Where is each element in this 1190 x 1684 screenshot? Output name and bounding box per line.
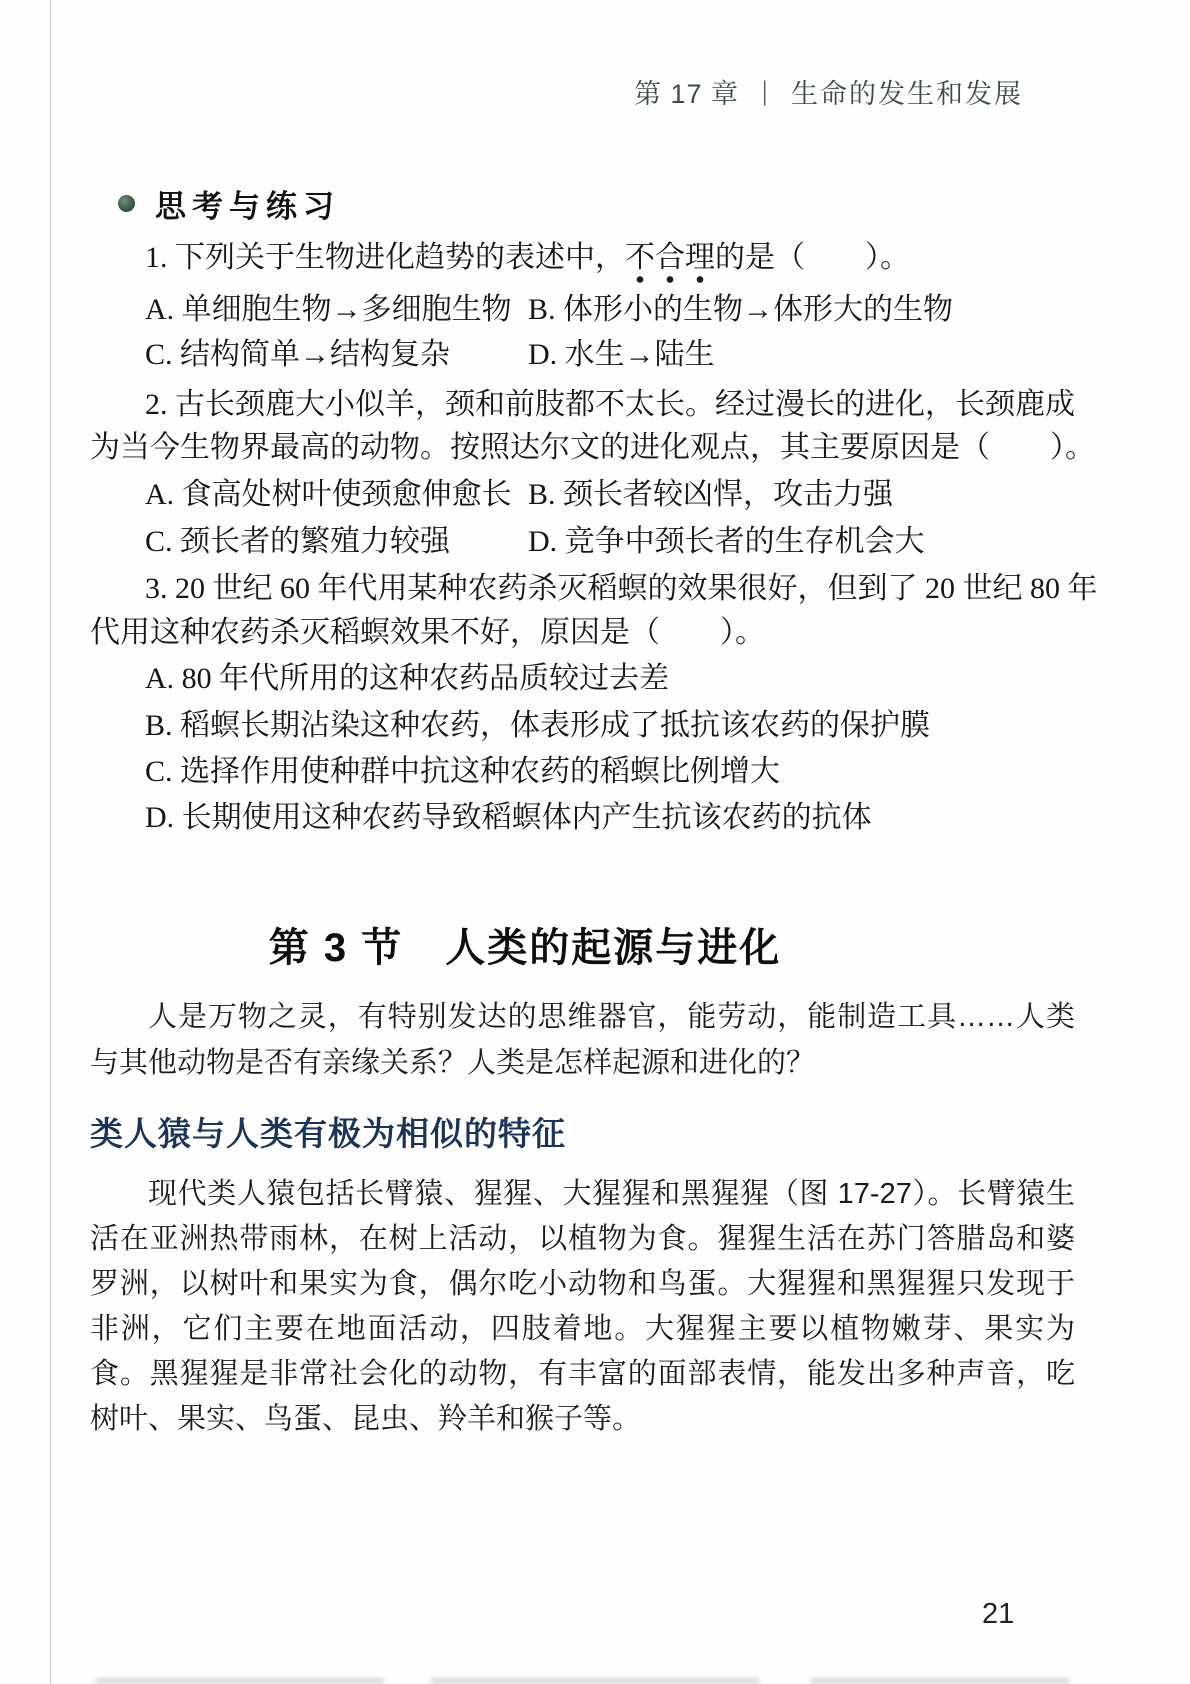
exercises-heading: 思考与练习 [155, 181, 340, 226]
question-3-stem-line-1: 3. 20 世纪 60 年代用某种农药杀灭稻螟的效果很好，但到了 20 世纪 8… [90, 571, 1160, 607]
question-2-option-b: B. 颈长者较凶悍，攻击力强 [528, 477, 1105, 513]
exercises-heading-row: 思考与练习 [118, 181, 340, 226]
scan-smudge-artifact [95, 1678, 385, 1684]
subsection-heading: 类人猿与人类有极为相似的特征 [90, 1108, 566, 1155]
textbook-page: 第 17 章 | 生命的发生和发展 思考与练习 1. 下列关于生物进化趋势的表述… [0, 0, 1190, 1684]
question-2-stem-line-1: 2. 古长颈鹿大小似羊，颈和前肢都不太长。经过漫长的进化，长颈鹿成 [90, 387, 1160, 423]
subsection-paragraph: 现代类人猿包括长臂猿、猩猩、大猩猩和黑猩猩（图 17-27）。长臂猿生活在亚洲热… [90, 1172, 1075, 1442]
question-1-option-b: B. 体形小的生物→体形大的生物 [528, 292, 1105, 328]
question-1-options-row-1: A. 单细胞生物→多细胞生物 B. 体形小的生物→体形大的生物 [145, 292, 1105, 328]
chapter-title: 生命的发生和发展 [791, 72, 1023, 111]
question-2-option-a: A. 食高处树叶使颈愈伸愈长 [145, 477, 528, 513]
question-3-option-b: B. 稻螟长期沾染这种农药，体表形成了抵抗该农药的保护膜 [90, 708, 1160, 744]
question-3-option-d: D. 长期使用这种农药导致稻螟体内产生抗该农药的抗体 [90, 800, 1160, 836]
section-bullet-icon [118, 195, 135, 212]
page-number: 21 [982, 1598, 1014, 1631]
question-3-option-c: C. 选择作用使种群中抗这种农药的稻螟比例增大 [90, 754, 1160, 790]
question-1-stem: 1. 下列关于生物进化趋势的表述中，不合理的是（ ）。 [90, 240, 1160, 276]
page-left-rule [50, 0, 51, 1684]
question-2-options-row-2: C. 颈长者的繁殖力较强 D. 竞争中颈长者的生存机会大 [145, 524, 1105, 560]
question-1-emphasized-text: 不合理 [625, 241, 715, 284]
section-title: 第 3 节 人类的起源与进化 [90, 916, 960, 973]
chapter-number: 第 17 章 [634, 72, 739, 111]
question-3-option-a: A. 80 年代所用的这种农药品质较过去差 [90, 661, 1160, 697]
question-2-stem-line-2: 为当今生物界最高的动物。按照达尔文的进化观点，其主要原因是（ ）。 [90, 430, 1105, 466]
question-2-options-row-1: A. 食高处树叶使颈愈伸愈长 B. 颈长者较凶悍，攻击力强 [145, 477, 1105, 513]
question-3-stem-line-2: 代用这种农药杀灭稻螟效果不好，原因是（ ）。 [90, 615, 1105, 651]
question-1-options-row-2: C. 结构简单→结构复杂 D. 水生→陆生 [145, 337, 1105, 373]
scan-smudge-artifact [430, 1678, 760, 1684]
header-divider: | [762, 76, 768, 107]
question-1-option-a: A. 单细胞生物→多细胞生物 [145, 292, 528, 328]
section-intro-paragraph: 人是万物之灵，有特别发达的思维器官，能劳动，能制造工具……人类与其他动物是否有亲… [90, 994, 1075, 1086]
question-1-option-c: C. 结构简单→结构复杂 [145, 337, 528, 373]
question-2-option-d: D. 竞争中颈长者的生存机会大 [528, 524, 1105, 560]
scan-smudge-artifact [810, 1678, 1070, 1684]
question-1-stem-pre: 1. 下列关于生物进化趋势的表述中， [145, 241, 625, 274]
question-1-option-d: D. 水生→陆生 [528, 337, 1105, 373]
question-2-option-c: C. 颈长者的繁殖力较强 [145, 524, 528, 560]
page-header: 第 17 章 | 生命的发生和发展 [634, 72, 1023, 111]
question-1-stem-post: 的是（ ）。 [715, 241, 910, 274]
